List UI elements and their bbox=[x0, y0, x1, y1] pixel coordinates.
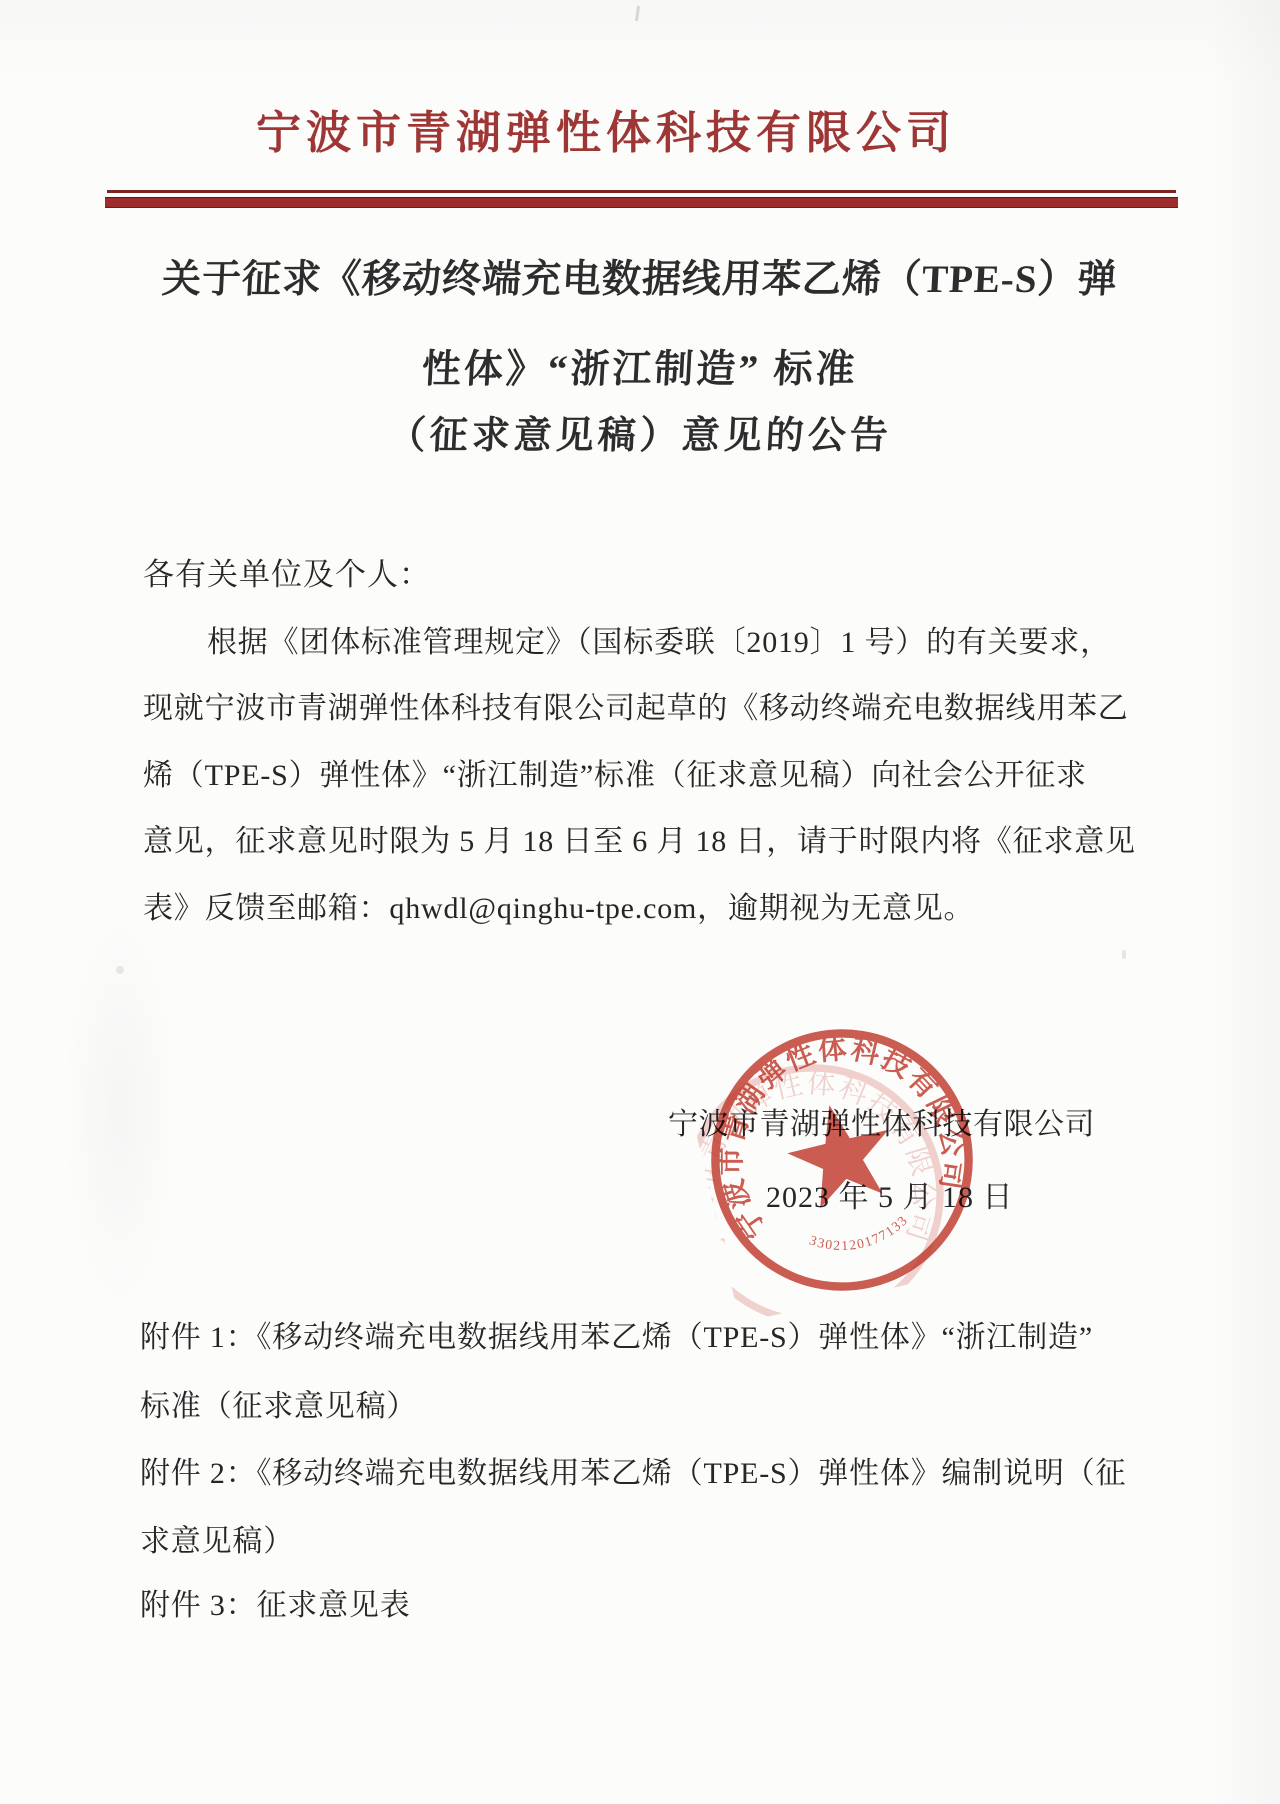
svg-text:3302120177133: 3302120177133 bbox=[805, 1210, 915, 1262]
letterhead-rule-thick bbox=[105, 197, 1178, 208]
document-page: 宁波市青湖弹性体科技有限公司 关于征求《移动终端充电数据线用苯乙烯（TPE-S）… bbox=[0, 0, 1280, 1804]
body-line: 烯（TPE-S）弹性体》“浙江制造”标准（征求意见稿）向社会公开征求 bbox=[143, 750, 1163, 794]
letterhead-rule-thin bbox=[107, 190, 1176, 193]
attachment-line-2-cont: 求意见稿） bbox=[140, 1516, 1170, 1560]
body-line-with-email: 表》反馈至邮箱：qhwdl@qinghu-tpe.com，逾期视为无意见。 bbox=[143, 883, 1163, 927]
attachment-line-1-cont: 标准（征求意见稿） bbox=[140, 1381, 1170, 1425]
notice-title-line-3: （征求意见稿）意见的公告 bbox=[139, 404, 1142, 459]
scan-speck bbox=[1122, 950, 1126, 959]
letterhead-company-name: 宁波市青湖弹性体科技有限公司 bbox=[0, 96, 1246, 161]
body-line: 根据《团体标准管理规定》（国标委联〔2019〕1 号）的有关要求， bbox=[207, 617, 1227, 661]
scan-speck bbox=[635, 6, 640, 21]
attachment-line-1: 附件 1：《移动终端充电数据线用苯乙烯（TPE-S）弹性体》“浙江制造” bbox=[140, 1312, 1170, 1356]
scan-shading bbox=[60, 900, 180, 1320]
salutation: 各有关单位及个人： bbox=[143, 549, 431, 594]
notice-title-line-2: 性体》“浙江制造” 标准 bbox=[139, 338, 1142, 394]
stamp-serial: 3302120177133 bbox=[805, 1210, 915, 1262]
scan-shading bbox=[0, 0, 1280, 90]
body-line: 意见，征求意见时限为 5 月 18 日至 6 月 18 日，请于时限内将《征求意… bbox=[143, 816, 1163, 860]
body-line: 现就宁波市青湖弹性体科技有限公司起草的《移动终端充电数据线用苯乙 bbox=[143, 683, 1163, 727]
attachment-line-2: 附件 2：《移动终端充电数据线用苯乙烯（TPE-S）弹性体》编制说明（征 bbox=[140, 1448, 1170, 1492]
stamp-main-impression: 宁波市青湖弹性体科技有限公司 3302120177133 bbox=[689, 1007, 994, 1312]
attachment-line-3: 附件 3：征求意见表 bbox=[140, 1580, 1170, 1624]
scan-speck bbox=[116, 966, 124, 974]
notice-title-line-1: 关于征求《移动终端充电数据线用苯乙烯（TPE-S）弹 bbox=[139, 248, 1142, 304]
scan-shading bbox=[1210, 0, 1280, 1804]
official-stamp: 宁波市青湖弹性体科技有限公司 宁波市青湖弹性体科技有限公司 3302120177… bbox=[679, 997, 1005, 1323]
stamp-svg: 宁波市青湖弹性体科技有限公司 宁波市青湖弹性体科技有限公司 3302120177… bbox=[679, 997, 1005, 1323]
